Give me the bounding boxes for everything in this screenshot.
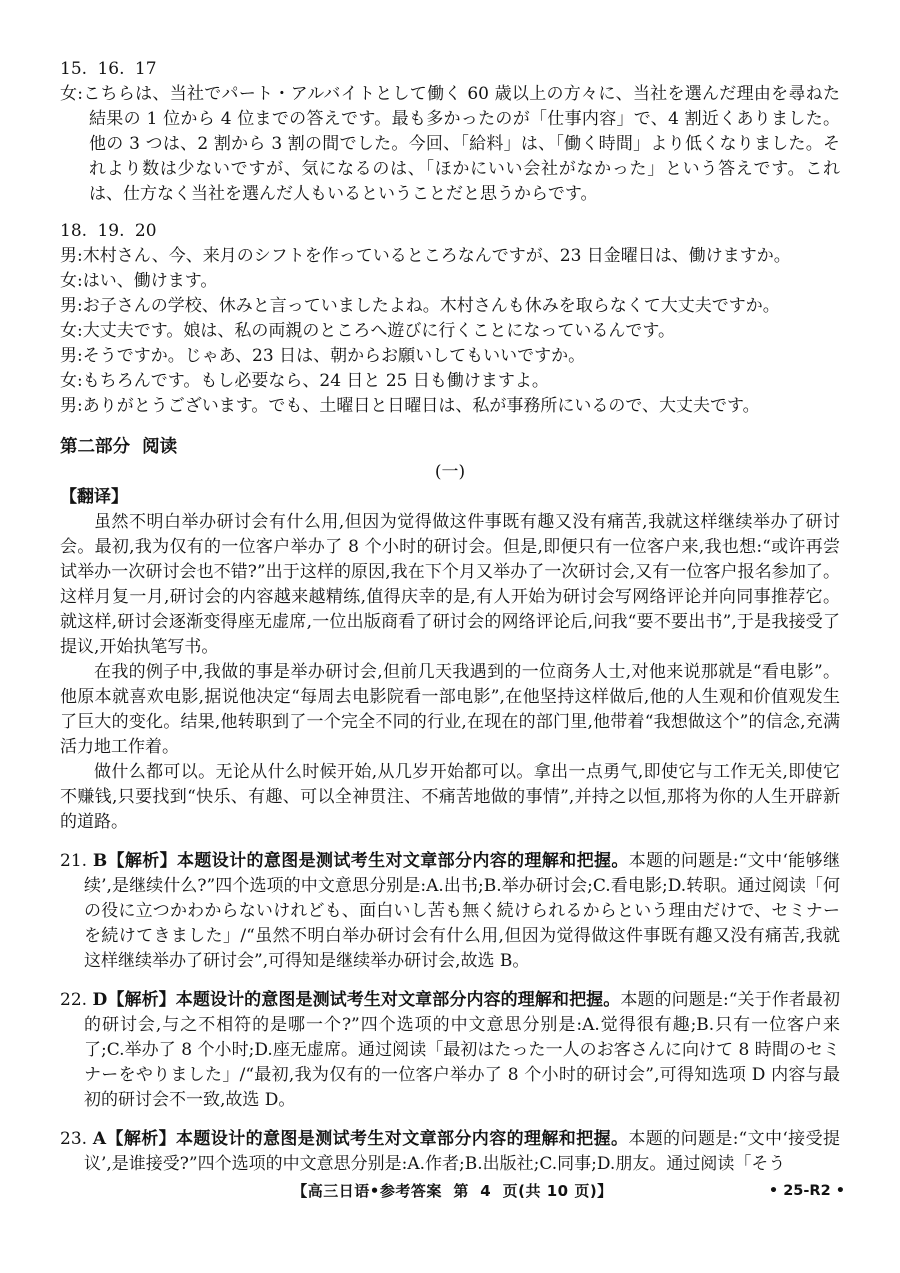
speaker-label: 男: bbox=[60, 346, 83, 366]
answer-and-analysis-label: D【解析】本题设计的意图是测试考生对文章部分内容的理解和把握。 bbox=[93, 990, 621, 1010]
answer-key-page: 15. 16. 17女:こちらは、当社でパート・アルバイトとして働く 60 歳以… bbox=[0, 0, 900, 1273]
question-number: 21. bbox=[60, 851, 93, 871]
answer-and-analysis-label: B【解析】本题设计的意图是测试考生对文章部分内容的理解和把握。 bbox=[93, 851, 629, 871]
questions-root: 21. B【解析】本题设计的意图是测试考生对文章部分内容的理解和把握。本题的问题… bbox=[60, 849, 840, 1177]
speaker-label: 女: bbox=[60, 271, 83, 291]
listening-transcript-section: 15. 16. 17女:こちらは、当社でパート・アルバイトとして働く 60 歳以… bbox=[60, 57, 840, 419]
translation-paragraph: 虽然不明白举办研讨会有什么用,但因为觉得做这件事既有趣又没有痛苦,我就这样继续举… bbox=[60, 510, 840, 660]
question-numbers: 18. 19. 20 bbox=[60, 219, 840, 244]
question-item: 23. A【解析】本题设计的意图是测试考生对文章部分内容的理解和把握。本题的问题… bbox=[60, 1127, 840, 1177]
answer-analysis-section: 21. B【解析】本题设计的意图是测试考生对文章部分内容的理解和把握。本题的问题… bbox=[60, 849, 840, 1177]
speaker-label: 女: bbox=[60, 84, 83, 104]
speaker-label: 女: bbox=[60, 321, 83, 341]
dialogue-line: 女:もちろんです。もし必要なら、24 日と 25 日も働けますよ。 bbox=[60, 369, 840, 394]
translation-paragraph: 在我的例子中,我做的事是举办研讨会,但前几天我遇到的一位商务人士,对他来说那就是… bbox=[60, 660, 840, 760]
speaker-label: 男: bbox=[60, 246, 83, 266]
answer-and-analysis-label: A【解析】本题设计的意图是测试考生对文章部分内容的理解和把握。 bbox=[93, 1129, 629, 1149]
listening-root: 15. 16. 17女:こちらは、当社でパート・アルバイトとして働く 60 歳以… bbox=[60, 57, 840, 419]
dialogue-line: 女:はい、働けます。 bbox=[60, 269, 840, 294]
speaker-label: 女: bbox=[60, 371, 83, 391]
dialogue-line: 男:木村さん、今、来月のシフトを作っているところなんですが、23 日金曜日は、働… bbox=[60, 244, 840, 269]
question-item: 22. D【解析】本题设计的意图是测试考生对文章部分内容的理解和把握。本题的问题… bbox=[60, 988, 840, 1113]
footer-paper-code: • 25-R2 • bbox=[769, 1180, 845, 1202]
translation-label: 【翻译】 bbox=[60, 485, 840, 510]
listening-group: 18. 19. 20男:木村さん、今、来月のシフトを作っているところなんですが、… bbox=[60, 219, 840, 419]
dialogue-line: 男:お子さんの学校、休みと言っていましたよね。木村さんも休みを取らなくて大丈夫で… bbox=[60, 294, 840, 319]
translation-paragraphs: 虽然不明白举办研讨会有什么用,但因为觉得做这件事既有趣又没有痛苦,我就这样继续举… bbox=[60, 510, 840, 835]
translation-section: 虽然不明白举办研讨会有什么用,但因为觉得做这件事既有趣又没有痛苦,我就这样继续举… bbox=[60, 510, 840, 835]
speaker-label: 男: bbox=[60, 396, 83, 416]
page-footer: 【高三日语•参考答案 第 4 页(共 10 页)】 • 25-R2 • bbox=[60, 1180, 845, 1202]
passage-number: (一) bbox=[60, 460, 840, 485]
dialogue-line: 男:ありがとうございます。でも、土曜日と日曜日は、私が事務所にいるので、大丈夫で… bbox=[60, 394, 840, 419]
listening-group: 15. 16. 17女:こちらは、当社でパート・アルバイトとして働く 60 歳以… bbox=[60, 57, 840, 207]
footer-page-indicator: 【高三日语•参考答案 第 4 页(共 10 页)】 bbox=[60, 1180, 845, 1202]
question-numbers: 15. 16. 17 bbox=[60, 57, 840, 82]
question-item: 21. B【解析】本题设计的意图是测试考生对文章部分内容的理解和把握。本题的问题… bbox=[60, 849, 840, 974]
dialogue-line: 男:そうですか。じゃあ、23 日は、朝からお願いしてもいいですか。 bbox=[60, 344, 840, 369]
part2-heading: 第二部分 阅读 bbox=[60, 435, 840, 460]
dialogue-line: 女:大丈夫です。娘は、私の両親のところへ遊びに行くことになっているんです。 bbox=[60, 319, 840, 344]
question-number: 22. bbox=[60, 990, 93, 1010]
question-number: 23. bbox=[60, 1129, 93, 1149]
translation-paragraph: 做什么都可以。无论从什么时候开始,从几岁开始都可以。拿出一点勇气,即使它与工作无… bbox=[60, 760, 840, 835]
speaker-label: 男: bbox=[60, 296, 83, 316]
dialogue-line: 女:こちらは、当社でパート・アルバイトとして働く 60 歳以上の方々に、当社を選… bbox=[60, 82, 840, 207]
